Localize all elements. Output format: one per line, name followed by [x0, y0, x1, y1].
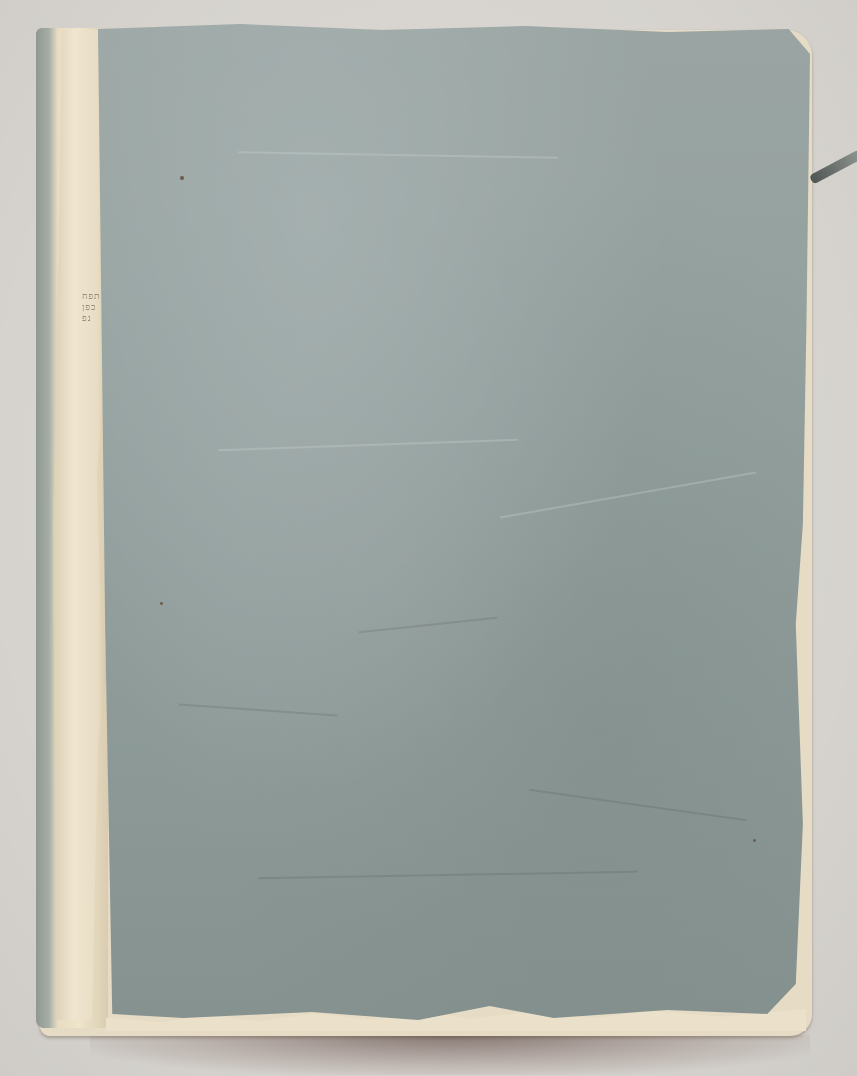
cover-stain: [160, 602, 163, 605]
old-book: תפח כפן נפ: [36, 24, 814, 1039]
book-shadow: [90, 1035, 810, 1075]
spine-text-fragment: תפח כפן נפ: [82, 292, 104, 325]
cover-crease: [218, 439, 518, 451]
cover-crease: [258, 871, 638, 880]
cover-crease: [358, 617, 497, 634]
cover-crease: [238, 151, 558, 159]
cover-crease: [500, 471, 756, 518]
cover-crease: [529, 789, 747, 822]
cover-stain: [180, 176, 184, 180]
book-cover: [98, 24, 810, 1024]
cover-stain: [753, 839, 756, 842]
cover-crease: [178, 703, 338, 716]
